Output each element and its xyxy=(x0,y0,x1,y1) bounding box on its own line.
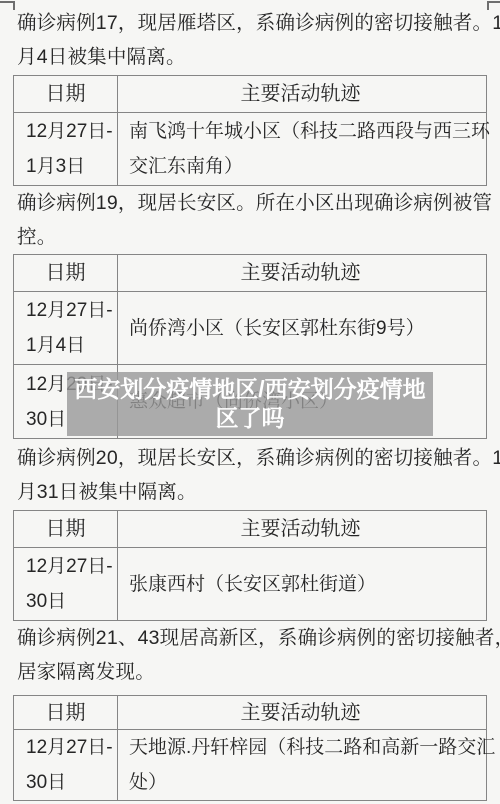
activity-line: 南飞鸿十年城小区（科技二路西段与西三环 xyxy=(129,114,490,149)
paragraph-line: 确诊病例17，现居雁塔区，系确诊病例的密切接触者。1 xyxy=(17,6,497,40)
watermark-overlay: 西安划分疫情地区/西安划分疫情地 区了吗 xyxy=(67,372,433,436)
table-header-row: 日期 主要活动轨迹 xyxy=(14,511,486,547)
case-17-activity-table: 日期 主要活动轨迹 12月27日- 1月3日 南飞鸿十年城小区（科技二路西段与西… xyxy=(13,75,487,186)
case-20-activity-table: 日期 主要活动轨迹 12月27日- 30日 张康西村（长安区郭杜街道） xyxy=(13,510,487,621)
case-17-paragraph: 确诊病例17，现居雁塔区，系确诊病例的密切接触者。1 月4日被集中隔离。 xyxy=(17,6,497,74)
activity-header-cell: 主要活动轨迹 xyxy=(118,696,486,729)
date-header-cell: 日期 xyxy=(14,255,118,291)
activity-cell: 尚侨湾小区（长安区郭杜东街9号） xyxy=(118,292,486,364)
paragraph-line: 控。 xyxy=(17,220,497,254)
activity-line: 尚侨湾小区（长安区郭杜东街9号） xyxy=(129,311,483,346)
cutoff-table-corner-left xyxy=(0,1,15,10)
case-21-43-activity-table: 日期 主要活动轨迹 12月27日- 30日 天地源.丹轩梓园（科技二路和高新一路… xyxy=(13,695,487,801)
date-line: 30日 xyxy=(26,765,117,800)
case-21-43-paragraph: 确诊病例21、43现居高新区，系确诊病例的密切接触者， 居家隔离发现。 xyxy=(17,621,497,689)
activity-header-cell: 主要活动轨迹 xyxy=(118,76,486,112)
date-line: 12月27日- xyxy=(26,549,117,584)
date-line: 12月27日- xyxy=(26,293,117,328)
paragraph-line: 月31日被集中隔离。 xyxy=(17,475,497,509)
activity-line: 交汇东南角） xyxy=(129,149,490,184)
date-cell: 12月27日- 1月3日 xyxy=(14,113,118,185)
table-header-row: 日期 主要活动轨迹 xyxy=(14,696,486,729)
date-line: 1月3日 xyxy=(26,149,117,184)
date-cell: 12月27日- 30日 xyxy=(14,730,118,800)
paragraph-line: 居家隔离发现。 xyxy=(17,655,497,689)
paragraph-line: 月4日被集中隔离。 xyxy=(17,40,497,74)
table-row: 12月27日- 30日 张康西村（长安区郭杜街道） xyxy=(14,547,486,620)
activity-cell: 张康西村（长安区郭杜街道） xyxy=(118,548,486,620)
activity-cell: 天地源.丹轩梓园（科技二路和高新一路交汇 处） xyxy=(118,730,498,800)
date-cell: 12月27日- 1月4日 xyxy=(14,292,118,364)
table-row: 12月27日- 1月4日 尚侨湾小区（长安区郭杜东街9号） xyxy=(14,291,486,364)
date-header-cell: 日期 xyxy=(14,696,118,729)
document-page: 确诊病例17，现居雁塔区，系确诊病例的密切接触者。1 月4日被集中隔离。 日期 … xyxy=(0,0,500,804)
watermark-text-line: 区了吗 xyxy=(216,404,285,433)
paragraph-line: 确诊病例21、43现居高新区，系确诊病例的密切接触者， xyxy=(17,621,497,655)
date-line: 12月27日- xyxy=(26,114,117,149)
watermark-text-line: 西安划分疫情地区/西安划分疫情地 xyxy=(74,375,425,404)
activity-line: 张康西村（长安区郭杜街道） xyxy=(129,567,483,602)
date-header-cell: 日期 xyxy=(14,76,118,112)
paragraph-line: 确诊病例20，现居长安区，系确诊病例的密切接触者。12 xyxy=(17,441,497,475)
date-header-cell: 日期 xyxy=(14,511,118,547)
activity-header-cell: 主要活动轨迹 xyxy=(118,255,486,291)
date-line: 1月4日 xyxy=(26,328,117,363)
table-header-row: 日期 主要活动轨迹 xyxy=(14,255,486,291)
table-row: 12月27日- 1月3日 南飞鸿十年城小区（科技二路西段与西三环 交汇东南角） xyxy=(14,112,486,185)
activity-cell: 南飞鸿十年城小区（科技二路西段与西三环 交汇东南角） xyxy=(118,113,493,185)
paragraph-line: 确诊病例19，现居长安区。所在小区出现确诊病例被管 xyxy=(17,186,497,220)
date-line: 12月27日- xyxy=(26,730,117,765)
case-19-paragraph: 确诊病例19，现居长安区。所在小区出现确诊病例被管 控。 xyxy=(17,186,497,254)
activity-line: 处） xyxy=(129,765,495,800)
date-line: 30日 xyxy=(26,584,117,619)
table-row: 12月27日- 30日 天地源.丹轩梓园（科技二路和高新一路交汇 处） xyxy=(14,729,486,800)
case-20-paragraph: 确诊病例20，现居长安区，系确诊病例的密切接触者。12 月31日被集中隔离。 xyxy=(17,441,497,509)
table-header-row: 日期 主要活动轨迹 xyxy=(14,76,486,112)
activity-line: 天地源.丹轩梓园（科技二路和高新一路交汇 xyxy=(129,730,495,765)
activity-header-cell: 主要活动轨迹 xyxy=(118,511,486,547)
date-cell: 12月27日- 30日 xyxy=(14,548,118,620)
